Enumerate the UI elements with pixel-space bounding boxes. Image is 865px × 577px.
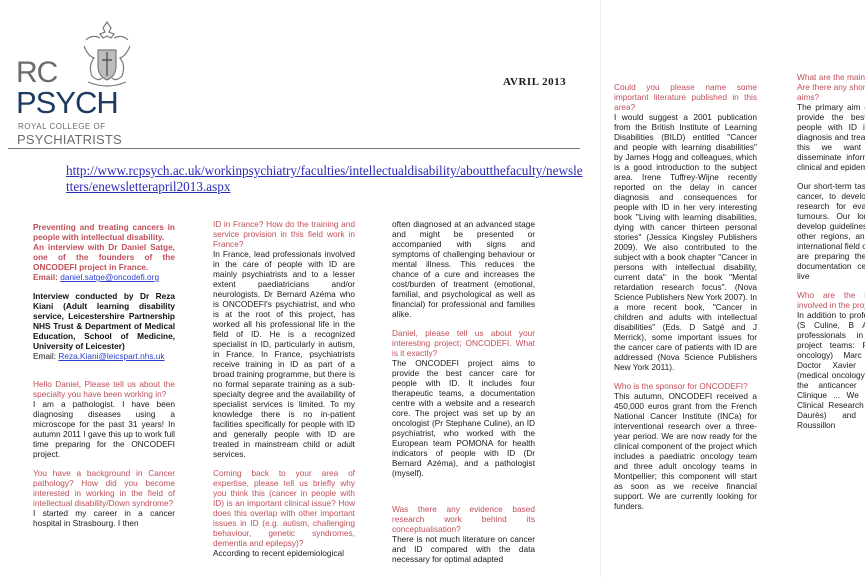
answer: Our short-term task is clinical work on … (797, 181, 865, 281)
question: Could you please name some important lit… (614, 82, 757, 112)
coat-of-arms-icon (78, 20, 136, 88)
question: Daniel, please tell us about your intere… (392, 328, 535, 358)
answer: In addition to professionals mentioned (… (797, 310, 865, 430)
question: Was there any evidence based research wo… (392, 504, 535, 534)
question: You have a background in Cancer patholog… (33, 468, 175, 508)
interviewer-credit: Interview conducted by Dr Reza Kiani (Ad… (33, 291, 175, 351)
answer: The ONCODEFI project aims to provide the… (392, 358, 535, 478)
answer: In France, lead professionals involved i… (213, 249, 355, 459)
question: Who are the main professionals involved … (797, 290, 865, 310)
header-divider (8, 148, 580, 149)
author-email-label: Email: (33, 272, 58, 282)
question: Hello Daniel, Please tell us about the s… (33, 379, 175, 399)
answer: The primary aim of ONCODEFI is to provid… (797, 102, 865, 172)
question: Coming back to your area of expertise, p… (213, 468, 355, 548)
column-1: Preventing and treating cancers in peopl… (33, 222, 175, 537)
column-3: often diagnosed at an advanced stage and… (392, 219, 535, 573)
answer: I am a pathologist. I have been diagnosi… (33, 399, 175, 459)
answer: According to recent epidemiological (213, 548, 344, 558)
logo-rc: RC (16, 58, 57, 88)
answer: I would suggest a 2001 publication from … (614, 112, 757, 372)
author-email-link[interactable]: daniel.satge@oncodefi.org (60, 272, 159, 282)
logo-royal-college: ROYAL COLLEGE OF (18, 122, 106, 131)
column-2: ID in France? How do the training and se… (213, 219, 355, 567)
question: ID in France? How do the training and se… (213, 219, 355, 249)
question: What are the main aims of the project? A… (797, 72, 865, 102)
answer: often diagnosed at an advanced stage and… (392, 219, 535, 319)
rcpsych-logo: RC PSYCH ROYAL COLLEGE OF PSYCHIATRISTS (16, 18, 126, 138)
interviewer-email-label: Email: (33, 351, 56, 361)
column-5: What are the main aims of the project? A… (797, 72, 865, 439)
newsletter-url-link[interactable]: http://www.rcpsych.ac.uk/workinpsychiatr… (66, 163, 586, 195)
logo-psych: PSYCH (16, 88, 118, 118)
newsletter-page-left: RC PSYCH ROYAL COLLEGE OF PSYCHIATRISTS … (0, 0, 600, 577)
question: Who is the sponsor for ONCODEFI? (614, 381, 748, 391)
answer: There is not much literature on cancer a… (392, 534, 535, 564)
column-4: Could you please name some important lit… (614, 82, 757, 520)
answer: This autumn, ONCODEFI received a 450,000… (614, 391, 757, 511)
interviewer-email-link[interactable]: Reza.Kiani@leicspart.nhs.uk (58, 351, 164, 361)
answer: I started my career in a cancer hospital… (33, 508, 175, 528)
article-title: Preventing and treating cancers in peopl… (33, 222, 175, 242)
logo-psychiatrists: PSYCHIATRISTS (17, 132, 122, 147)
article-subtitle: An interview with Dr Daniel Satge, one o… (33, 242, 175, 272)
issue-date: AVRIL 2013 (503, 76, 566, 88)
